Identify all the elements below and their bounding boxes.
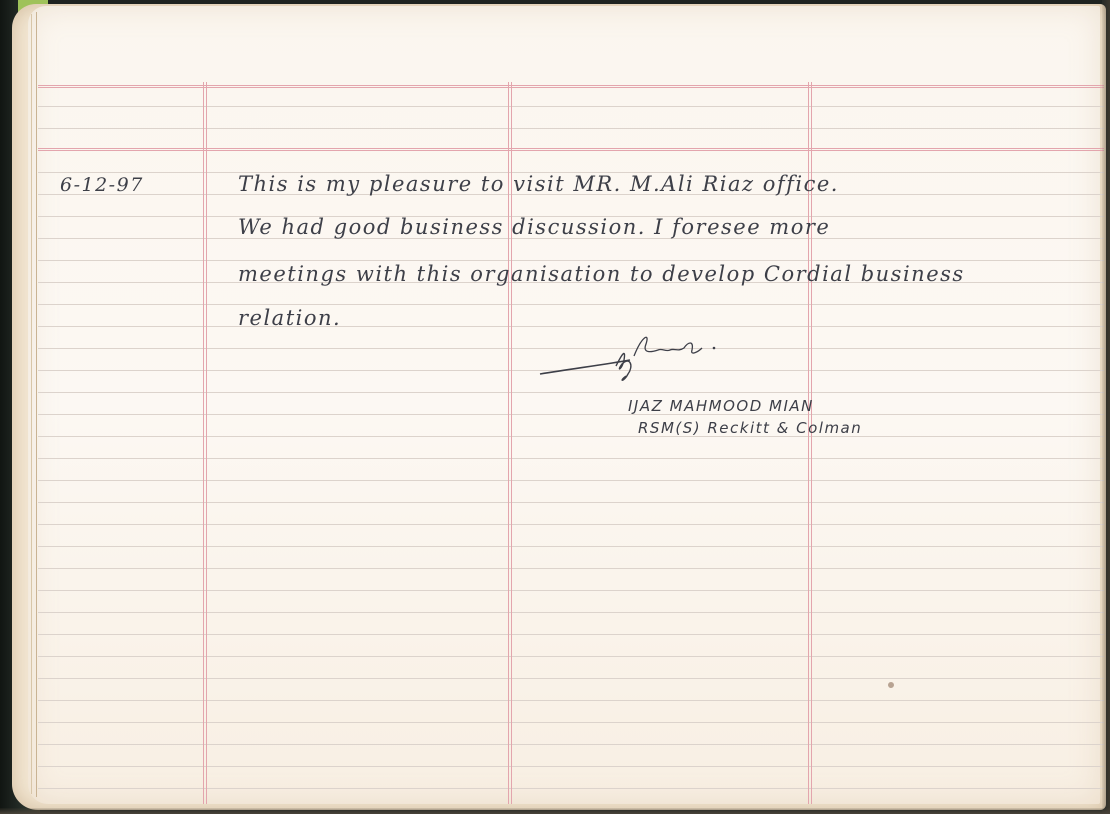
ruled-line xyxy=(38,634,1104,635)
entry-line-1: This is my pleasure to visit MR. M.Ali R… xyxy=(238,172,839,196)
signatory-title: RSM(S) Reckitt & Colman xyxy=(638,419,862,437)
ruled-line xyxy=(38,744,1104,745)
ruled-line xyxy=(38,458,1104,459)
header-red-rule xyxy=(38,85,1104,86)
signatory-name: IJAZ MAHMOOD MIAN xyxy=(628,397,814,415)
page-shadow-right xyxy=(1102,0,1110,814)
header-red-rule xyxy=(38,148,1104,149)
ruled-line xyxy=(38,128,1104,129)
ruled-line xyxy=(38,304,1104,305)
ruled-line xyxy=(38,260,1104,261)
page-border-inner xyxy=(36,12,37,797)
page-border-outer xyxy=(31,14,32,794)
ruled-line xyxy=(38,502,1104,503)
ruled-line xyxy=(38,678,1104,679)
ruled-line xyxy=(38,436,1104,437)
ruled-line xyxy=(38,392,1104,393)
header-red-rule xyxy=(38,150,1104,151)
column-red-rule xyxy=(203,82,204,804)
ruled-line xyxy=(38,568,1104,569)
entry-date: 6-12-97 xyxy=(60,174,144,196)
entry-line-2: We had good business discussion. I fores… xyxy=(238,215,830,239)
ruled-line xyxy=(38,106,1104,107)
ruled-line xyxy=(38,546,1104,547)
page-shadow-bottom xyxy=(0,808,1110,814)
paper-stain xyxy=(888,682,894,688)
ruled-line xyxy=(38,414,1104,415)
entry-line-3: meetings with this organisation to devel… xyxy=(238,262,965,286)
ruled-line xyxy=(38,788,1104,789)
header-red-rule xyxy=(38,87,1104,88)
column-red-rule xyxy=(206,82,207,804)
ruled-line xyxy=(38,700,1104,701)
signature-scribble-icon xyxy=(538,326,728,386)
paper-sheet xyxy=(28,6,1100,804)
entry-line-4: relation. xyxy=(238,306,341,330)
ruled-line xyxy=(38,612,1104,613)
ruled-line xyxy=(38,766,1104,767)
ruled-line xyxy=(38,590,1104,591)
ruled-line xyxy=(38,722,1104,723)
ruled-line xyxy=(38,656,1104,657)
ruled-line xyxy=(38,524,1104,525)
ruled-line xyxy=(38,480,1104,481)
